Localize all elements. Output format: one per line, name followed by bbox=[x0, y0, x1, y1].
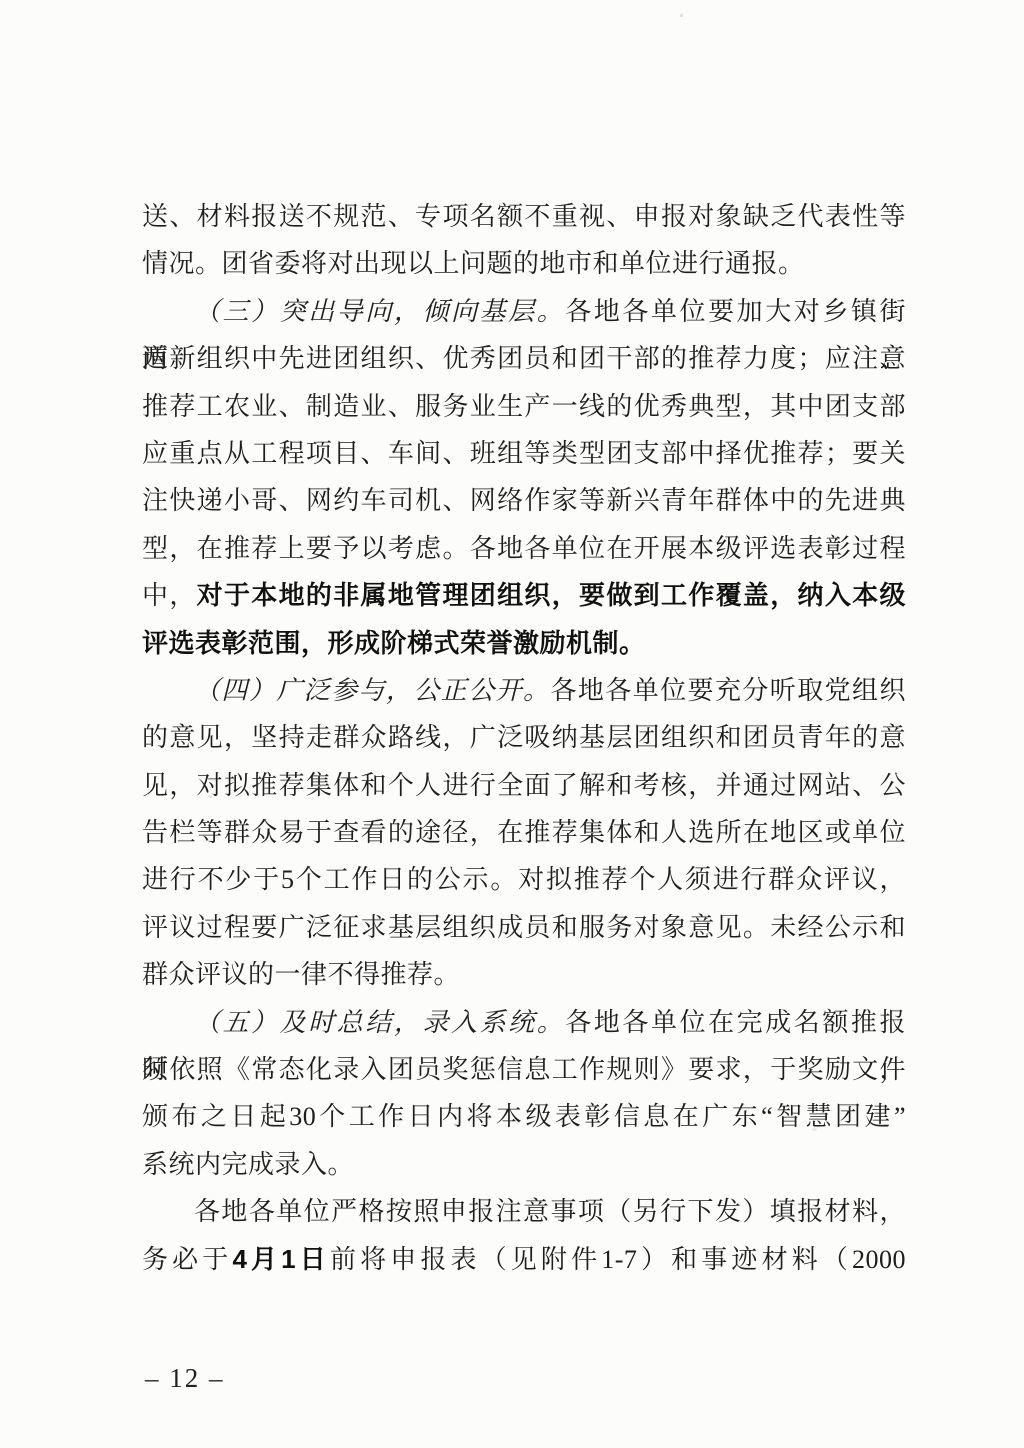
text-line: 见，对拟推荐集体和个人进行全面了解和考核，并通过网站、公 bbox=[142, 762, 906, 809]
text-line: 型，在推荐上要予以考虑。各地各单位在开展本级评选表彰过程 bbox=[142, 525, 906, 572]
text-line: 颁布之日起30个工作日内将本级表彰信息在广东“智慧团建” bbox=[142, 1093, 906, 1140]
body-text: 的意见，坚持走群众路线，广泛吸纳基层团组织和团员青年的意 bbox=[142, 723, 906, 752]
body-text: 务必于 bbox=[142, 1245, 232, 1274]
body-text: 评议过程要广泛征求基层组织成员和服务对象意见。未经公示和 bbox=[142, 913, 906, 942]
text-line: 务必于4月1日前将申报表（见附件1-7）和事迹材料（2000 bbox=[142, 1236, 906, 1283]
scan-speck bbox=[680, 14, 683, 17]
body-text: 注快递小哥、网约车司机、网络作家等新兴青年群体中的先进典 bbox=[142, 486, 906, 515]
emphasis-text: 4月1日 bbox=[232, 1244, 330, 1274]
body-text: 系统内完成录入。 bbox=[142, 1150, 354, 1179]
body-text: 告栏等群众易于查看的途径，在推荐集体和人选所在地区或单位 bbox=[142, 818, 906, 847]
body-text: 须依照《常态化录入团员奖惩信息工作规则》要求，于奖励文件 bbox=[142, 1055, 906, 1084]
body-text: 前将申报表（见附件1-7）和事迹材料（2000 bbox=[330, 1245, 906, 1274]
text-line: 两新组织中先进团组织、优秀团员和团干部的推荐力度；应注意 bbox=[142, 335, 906, 382]
text-line: （三）突出导向，倾向基层。各地各单位要加大对乡镇街道、 bbox=[142, 288, 906, 335]
text-line: 送、材料报送不规范、专项名额不重视、申报对象缺乏代表性等 bbox=[142, 193, 906, 240]
text-line: 须依照《常态化录入团员奖惩信息工作规则》要求，于奖励文件 bbox=[142, 1046, 906, 1093]
body-text: 中， bbox=[142, 581, 197, 610]
section-heading-text: （五）及时总结，录入系统。 bbox=[194, 1008, 565, 1037]
text-line: 的意见，坚持走群众路线，广泛吸纳基层团组织和团员青年的意 bbox=[142, 714, 906, 761]
text-line: 情况。团省委将对出现以上问题的地市和单位进行通报。 bbox=[142, 240, 906, 287]
body-text: 各地各单位严格按照申报注意事项（另行下发）填报材料， bbox=[194, 1197, 906, 1226]
body-text: 应重点从工程项目、车间、班组等类型团支部中择优推荐；要关 bbox=[142, 439, 906, 468]
emphasis-text: 评选表彰范围，形成阶梯式荣誉激励机制。 bbox=[142, 628, 646, 658]
text-line: 系统内完成录入。 bbox=[142, 1141, 906, 1188]
section-heading-text: （四）广泛参与，公正公开。 bbox=[194, 676, 550, 705]
text-line: 群众评议的一律不得推荐。 bbox=[142, 951, 906, 998]
text-line: （五）及时总结，录入系统。各地各单位在完成名额推报时， bbox=[142, 999, 906, 1046]
emphasis-text: 对于本地的非属地管理团组织，要做到工作覆盖，纳入本级 bbox=[197, 580, 906, 610]
body-text: 群众评议的一律不得推荐。 bbox=[142, 960, 460, 989]
section-heading-text: （三）突出导向，倾向基层。 bbox=[194, 297, 565, 326]
body-text: 见，对拟推荐集体和个人进行全面了解和考核，并通过网站、公 bbox=[142, 771, 906, 800]
text-line: 应重点从工程项目、车间、班组等类型团支部中择优推荐；要关 bbox=[142, 430, 906, 477]
body-text: 推荐工农业、制造业、服务业生产一线的优秀典型，其中团支部 bbox=[142, 392, 906, 421]
body-text: 型，在推荐上要予以考虑。各地各单位在开展本级评选表彰过程 bbox=[142, 534, 906, 563]
body-text: 各地各单位要充分听取党组织 bbox=[550, 676, 906, 705]
text-line: 评议过程要广泛征求基层组织成员和服务对象意见。未经公示和 bbox=[142, 904, 906, 951]
text-line: 推荐工农业、制造业、服务业生产一线的优秀典型，其中团支部 bbox=[142, 383, 906, 430]
text-line: 评选表彰范围，形成阶梯式荣誉激励机制。 bbox=[142, 620, 906, 667]
text-line: 进行不少于5个工作日的公示。对拟推荐个人须进行群众评议， bbox=[142, 856, 906, 903]
text-line: 中，对于本地的非属地管理团组织，要做到工作覆盖，纳入本级 bbox=[142, 572, 906, 619]
text-line: 告栏等群众易于查看的途径，在推荐集体和人选所在地区或单位 bbox=[142, 809, 906, 856]
body-text: 进行不少于5个工作日的公示。对拟推荐个人须进行群众评议， bbox=[142, 865, 906, 894]
body-text: 情况。团省委将对出现以上问题的地市和单位进行通报。 bbox=[142, 249, 805, 278]
body-text: 送、材料报送不规范、专项名额不重视、申报对象缺乏代表性等 bbox=[142, 202, 906, 231]
page-number: – 12 – bbox=[145, 1363, 225, 1394]
text-line: （四）广泛参与，公正公开。各地各单位要充分听取党组织 bbox=[142, 667, 906, 714]
scanned-document-page: 送、材料报送不规范、专项名额不重视、申报对象缺乏代表性等情况。团省委将对出现以上… bbox=[0, 0, 1024, 1448]
body-text: 两新组织中先进团组织、优秀团员和团干部的推荐力度；应注意 bbox=[142, 344, 906, 373]
text-line: 各地各单位严格按照申报注意事项（另行下发）填报材料， bbox=[142, 1188, 906, 1235]
body-text: 颁布之日起30个工作日内将本级表彰信息在广东“智慧团建” bbox=[142, 1102, 906, 1131]
text-line: 注快递小哥、网约车司机、网络作家等新兴青年群体中的先进典 bbox=[142, 477, 906, 524]
text-block: 送、材料报送不规范、专项名额不重视、申报对象缺乏代表性等情况。团省委将对出现以上… bbox=[142, 193, 906, 1283]
